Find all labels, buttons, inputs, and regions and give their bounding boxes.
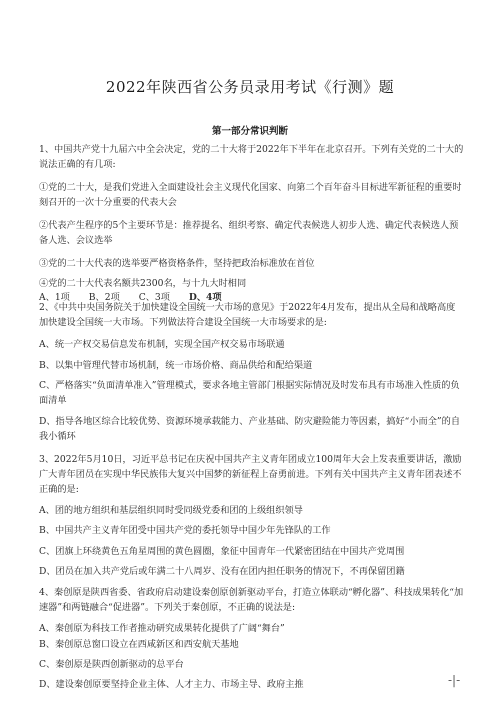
question-1-statement-1: ①党的二十大，是我们党进入全面建设社会主义现代化国家、向第二个百年奋斗目标进军新… — [39, 180, 464, 210]
question-3-option-b: B、中国共产主义青年团受中国共产党的委托领导中国少年先锋队的工作 — [39, 523, 464, 538]
question-2-option-d: D、指导各地区综合比较优势、资源环境承载能力、产业基础、防灾避险能力等因素，搞好… — [39, 414, 464, 444]
question-1-statement-2: ②代表产生程序的5个主要环节是：推荐提名、组织考察、确定代表候选人初步人选、确定… — [39, 218, 464, 248]
question-3-option-c: C、团旗上环绕黄色五角星周围的黄色圆圈，象征中国青年一代紧密团结在中国共产党周围 — [39, 544, 464, 559]
question-1-statement-4: ④党的二十大代表名额共2300名，与十九大时相同 — [39, 276, 464, 291]
question-4-option-b: B、秦创原总窗口设立在西咸新区和西安航天基地 — [39, 637, 464, 652]
question-4-option-c: C、秦创原是陕西创新驱动的总平台 — [39, 657, 464, 672]
question-1-stem: 1、中国共产党十九届六中全会决定，党的二十大将于2022年下半年在北京召开。下列… — [39, 142, 464, 172]
question-4-option-d: D、建设秦创原要坚持企业主体、人才主力、市场主导、政府主推 — [39, 677, 464, 692]
question-1-statement-3: ③党的二十大代表的选举要严格资格条件，坚持把政治标准放在首位 — [39, 256, 464, 271]
question-3-option-a: A、团的地方组织和基层组织同时受同级党委和团的上级组织领导 — [39, 503, 464, 518]
page-mark: -|- — [448, 673, 460, 687]
question-2-stem: 2、《中共中央国务院关于加快建设全国统一大市场的意见》于2022年4月发布，提出… — [39, 300, 464, 330]
section-title: 第一部分常识判断 — [0, 123, 500, 137]
question-2-option-c: C、严格落实“负面清单准入”管理模式，要求各地主管部门根据实际情况及时发布具有市… — [39, 378, 464, 408]
question-3-stem: 3、2022年5月10日，习近平总书记在庆祝中国共产主义青年团成立100周年大会… — [39, 452, 464, 497]
question-2-option-a: A、统一产权交易信息发布机制，实现全国产权交易市场联通 — [39, 337, 464, 352]
question-4-stem: 4、秦创原是陕西省委、省政府启动建设秦创原创新驱动平台，打造立体联动“孵化器”、… — [39, 585, 464, 615]
question-3-option-d: D、团员在加入共产党后或年满二十八周岁、没有在团内担任职务的情况下，不再保留团籍 — [39, 564, 464, 579]
question-4-option-a: A、秦创原为科技工作者推动研究成果转化提供了广阔“舞台” — [39, 621, 464, 636]
page-title: 2022年陕西省公务员录用考试《行测》题 — [0, 76, 500, 97]
question-2-option-b: B、以集中管理代替市场机制，统一市场价格、商品供给和配给渠道 — [39, 358, 464, 373]
